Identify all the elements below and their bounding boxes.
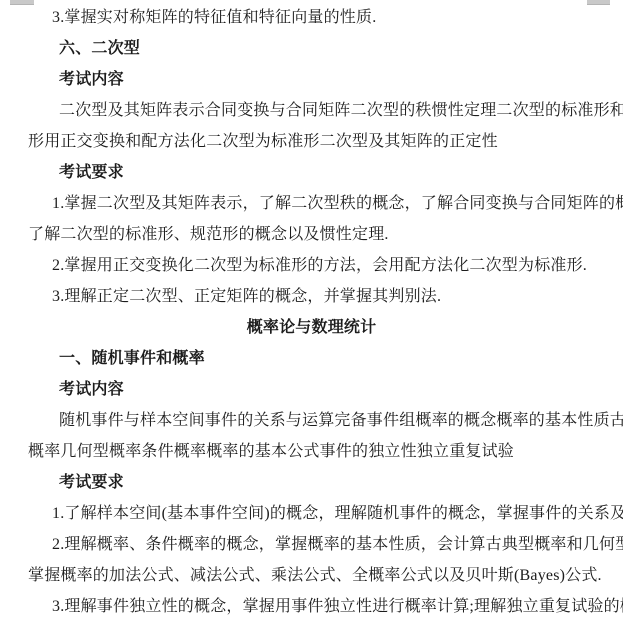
document-page: 3.掌握实对称矩阵的特征值和特征向量的性质. 六、二次型 考试内容 二次型及其矩…	[28, 2, 595, 618]
content-paragraph-line: 二次型及其矩阵表示合同变换与合同矩阵二次型的秩惯性定理二次型的标准形和规范	[28, 95, 595, 126]
exam-content-label: 考试内容	[28, 374, 595, 405]
requirement-item: 1.掌握二次型及其矩阵表示，了解二次型秩的概念，了解合同变换与合同矩阵的概念，	[28, 188, 595, 219]
part-title-probability-statistics: 概率论与数理统计	[28, 312, 595, 343]
content-paragraph-line: 形用正交变换和配方法化二次型为标准形二次型及其矩阵的正定性	[28, 126, 595, 157]
requirement-item: 3.理解事件独立性的概念，掌握用事件独立性进行概率计算;理解独立重复试验的概念，	[28, 591, 595, 618]
content-paragraph-line: 概率几何型概率条件概率概率的基本公式事件的独立性独立重复试验	[28, 436, 595, 467]
requirement-item: 2.掌握用正交变换化二次型为标准形的方法，会用配方法化二次型为标准形.	[28, 250, 595, 281]
requirement-item-continuation: 了解二次型的标准形、规范形的概念以及惯性定理.	[28, 219, 595, 250]
requirement-item: 2.理解概率、条件概率的概念，掌握概率的基本性质，会计算古典型概率和几何型概率，	[28, 529, 595, 560]
requirement-item: 3.掌握实对称矩阵的特征值和特征向量的性质.	[28, 2, 595, 33]
exam-content-label: 考试内容	[28, 64, 595, 95]
requirement-item: 1.了解样本空间(基本事件空间)的概念，理解随机事件的概念，掌握事件的关系及运算…	[28, 498, 595, 529]
section-heading-random-events: 一、随机事件和概率	[28, 343, 595, 374]
exam-requirements-label: 考试要求	[28, 157, 595, 188]
requirement-item: 3.理解正定二次型、正定矩阵的概念，并掌握其判别法.	[28, 281, 595, 312]
content-paragraph-line: 随机事件与样本空间事件的关系与运算完备事件组概率的概念概率的基本性质古典型	[28, 405, 595, 436]
section-heading-quadratic-forms: 六、二次型	[28, 33, 595, 64]
requirement-item-continuation: 掌握概率的加法公式、减法公式、乘法公式、全概率公式以及贝叶斯(Bayes)公式.	[28, 560, 595, 591]
exam-requirements-label: 考试要求	[28, 467, 595, 498]
